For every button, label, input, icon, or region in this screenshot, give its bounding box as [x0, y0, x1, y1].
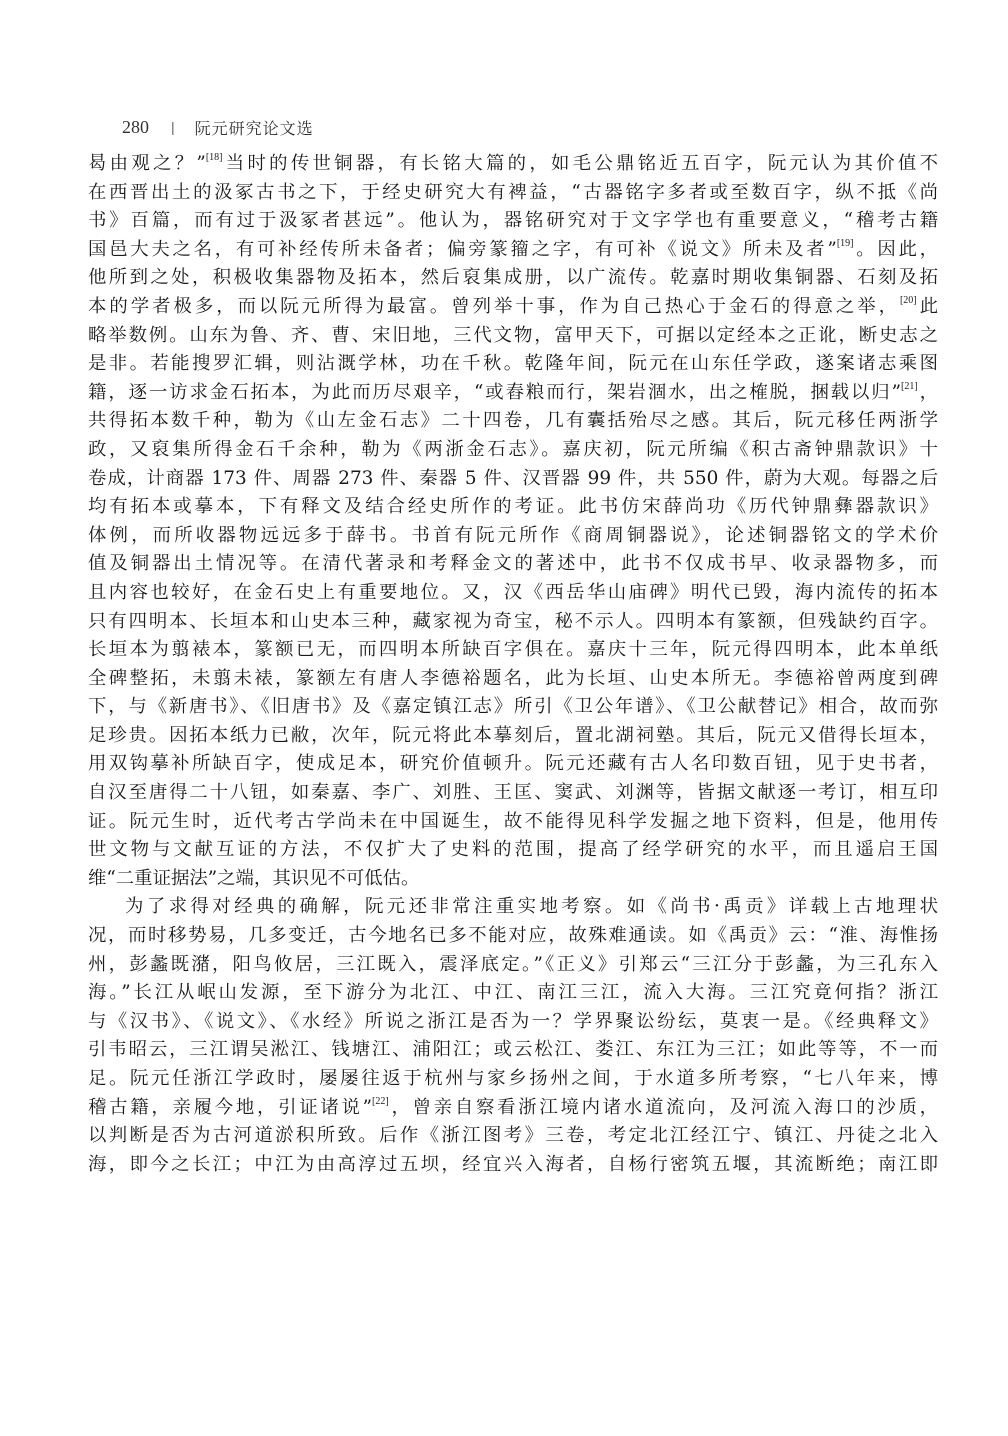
line-text: 以判断是否为古河道淤积所致。后作《浙江图考》三卷，考定北江经江宁、镇江、丹徒之北… — [88, 1125, 938, 1146]
line-text: 在西晋出土的汲冢古书之下，于经史研究大有裨益，“古器铭字多者或至数百字，纵不抵《… — [88, 182, 938, 203]
line-text: 州，彭蠡既潴，阳鸟攸居，三江既入，震泽底定。”《正义》引郑云“三江分于彭蠡，为三… — [88, 954, 938, 975]
line-text: 只有四明本、长垣本和山史本三种，藏家视为奇宝，秘不示人。四明本有篆额，但残缺约百… — [88, 611, 938, 632]
text-line: 且内容也较好，在金石史上有重要地位。又，汉《西岳华山庙碑》明代已毁，海内流传的拓… — [88, 579, 938, 608]
line-text: 与《汉书》、《说文》、《水经》所说之浙江是否为一？学界聚讼纷纭，莫衷一是。《经典… — [88, 1011, 938, 1032]
text-line: 体例，而所收器物远远多于薛书。书首有阮元所作《商周铜器说》，论述铜器铭文的学术价 — [88, 522, 938, 551]
text-line: 州，彭蠡既潴，阳鸟攸居，三江既入，震泽底定。”《正义》引郑云“三江分于彭蠡，为三… — [88, 951, 938, 980]
line-text: 世文物与文献互证的方法，不仅扩大了史料的范围，提高了经学研究的水平，而且遥启王国 — [88, 839, 938, 860]
text-line: 海，即今之长江；中江为由高淳过五坝，经宜兴入海者，自杨行密筑五堰，其流断绝；南江… — [88, 1151, 938, 1180]
text-line: 是非。若能搜罗汇辑，则沾溉学林，功在千秋。乾隆年间，阮元在山东任学政，遂案诸志乘… — [88, 350, 938, 379]
text-line: 证。阮元生时，近代考古学尚未在中国诞生，故不能得见科学发掘之地下资料，但是，他用… — [88, 808, 938, 837]
paragraph-start-line: 为了求得对经典的确解，阮元还非常注重实地考察。如《尚书·禹贡》详载上古地理状 — [88, 893, 938, 922]
line-text: 政，又裒集所得金石千余种，勒为《两浙金石志》。嘉庆初，阮元所编《积古斋钟鼎款识》… — [88, 439, 938, 460]
text-line: 卷成，计商器 173 件、周器 273 件、秦器 5 件、汉晋器 99 件，共 … — [88, 465, 938, 494]
running-header: 280 | 阮元研究论文选 — [122, 112, 314, 142]
line-text: 值及铜器出土情况等。在清代著录和考释金文的著述中，此书不仅成书早、收录器物多，而 — [88, 553, 938, 574]
line-text: 长垣本为翦裱本，篆额已无，而四明本所缺百字俱在。嘉庆十三年，阮元得四明本，此本单… — [88, 639, 938, 660]
line-text: 本的学者极多，而以阮元所得为最富。曾列举十事，作为自己热心于金石的得意之举， — [88, 296, 900, 317]
text-line: 国邑大夫之名，有可补经传所未备者；偏旁篆籀之字，有可补《说文》所未及者”[19]… — [88, 236, 938, 265]
line-text: 国邑大夫之名，有可补经传所未备者；偏旁篆籀之字，有可补《说文》所未及者” — [88, 239, 837, 260]
line-text: 曷由观之？” — [88, 153, 206, 174]
page-number: 280 — [122, 117, 149, 138]
line-text: 书》百篇，而有过于汲冢者甚远”。他认为，器铭研究对于文字学也有重要意义，“稽考古… — [88, 210, 938, 231]
text-line: 籍，逐一访求金石拓本，为此而历尽艰辛，“或舂粮而行，架岩涸水，出之榷脱，捆载以归… — [88, 379, 938, 408]
line-text: 自汉至唐得二十八钮，如秦嘉、李广、刘胜、王匡、窦武、刘渊等，皆据文献逐一考订，相… — [88, 782, 938, 803]
footnote-reference[interactable]: [22] — [372, 1096, 389, 1107]
text-line: 用双钩摹补所缺百字，使成足本，研究价值顿升。阮元还藏有古人名印数百钮，见于史书者… — [88, 750, 938, 779]
text-line: 维“二重证据法”之端，其识见不可低估。 — [88, 865, 938, 894]
line-text: 均有拓本或摹本，下有释文及结合经史所作的考证。此书仿宋薛尚功《历代钟鼎彝器款识》 — [88, 496, 938, 517]
text-line: 自汉至唐得二十八钮，如秦嘉、李广、刘胜、王匡、窦武、刘渊等，皆据文献逐一考订，相… — [88, 779, 938, 808]
line-text: 用双钩摹补所缺百字，使成足本，研究价值顿升。阮元还藏有古人名印数百钮，见于史书者… — [88, 753, 938, 774]
text-line: 长垣本为翦裱本，篆额已无，而四明本所缺百字俱在。嘉庆十三年，阮元得四明本，此本单… — [88, 636, 938, 665]
text-line: 共得拓本数千种，勒为《山左金石志》二十四卷，几有囊括殆尽之感。其后，阮元移任两浙… — [88, 407, 938, 436]
header-separator: | — [171, 119, 175, 135]
line-text: 卷成，计商器 173 件、周器 273 件、秦器 5 件、汉晋器 99 件，共 … — [88, 468, 938, 489]
text-line: 只有四明本、长垣本和山史本三种，藏家视为奇宝，秘不示人。四明本有篆额，但残缺约百… — [88, 608, 938, 637]
line-text: 共得拓本数千种，勒为《山左金石志》二十四卷，几有囊括殆尽之感。其后，阮元移任两浙… — [88, 410, 938, 431]
line-text: 证。阮元生时，近代考古学尚未在中国诞生，故不能得见科学发掘之地下资料，但是，他用… — [88, 811, 938, 832]
line-text: 全碑整拓，未翦未裱，篆额左有唐人李德裕题名，此为长垣、山史本所无。李德裕曾两度到… — [88, 668, 938, 689]
text-line: 在西晋出土的汲冢古书之下，于经史研究大有裨益，“古器铭字多者或至数百字，纵不抵《… — [88, 179, 938, 208]
text-line: 书》百篇，而有过于汲冢者甚远”。他认为，器铭研究对于文字学也有重要意义，“稽考古… — [88, 207, 938, 236]
text-line: 下，与《新唐书》、《旧唐书》及《嘉定镇江志》所引《卫公年谱》、《卫公献替记》相合… — [88, 693, 938, 722]
line-text: 维“二重证据法”之端，其识见不可低估。 — [88, 868, 419, 889]
text-line: 况，而时移势易，几多变迁，古今地名已多不能对应，故殊难通读。如《禹贡》云：“淮、… — [88, 922, 938, 951]
line-text: 且内容也较好，在金石史上有重要地位。又，汉《西岳华山庙碑》明代已毁，海内流传的拓… — [88, 582, 938, 603]
body-text: 曷由观之？”[18]当时的传世铜器，有长铭大篇的，如毛公鼎铭近五百字，阮元认为其… — [88, 150, 938, 1179]
line-text: 体例，而所收器物远远多于薛书。书首有阮元所作《商周铜器说》，论述铜器铭文的学术价 — [88, 525, 938, 546]
line-text: 为了求得对经典的确解，阮元还非常注重实地考察。如《尚书·禹贡》详载上古地理状 — [125, 896, 938, 917]
text-line: 与《汉书》、《说文》、《水经》所说之浙江是否为一？学界聚讼纷纭，莫衷一是。《经典… — [88, 1008, 938, 1037]
footnote-reference[interactable]: [18] — [206, 152, 223, 163]
line-text: 稽古籍，亲履今地，引证诸说” — [88, 1097, 372, 1118]
text-line: 政，又裒集所得金石千余种，勒为《两浙金石志》。嘉庆初，阮元所编《积古斋钟鼎款识》… — [88, 436, 938, 465]
line-text-continued: 当时的传世铜器，有长铭大篇的，如毛公鼎铭近五百字，阮元认为其价值不 — [222, 153, 938, 174]
line-text: 海。”长江从岷山发源，至下游分为北江、中江、南江三江，流入大海。三江究竟何指？浙… — [88, 982, 938, 1003]
line-text: 足。阮元任浙江学政时，屡屡往返于杭州与家乡扬州之间，于水道多所考察，“七八年来，… — [88, 1068, 938, 1089]
line-text-continued: 此 — [917, 296, 938, 317]
text-line: 足珍贵。因拓本纸力已敝，次年，阮元将此本摹刻后，置北湖祠塾。其后，阮元又借得长垣… — [88, 722, 938, 751]
line-text-continued: 。因此， — [853, 239, 938, 260]
text-line: 值及铜器出土情况等。在清代著录和考释金文的著述中，此书不仅成书早、收录器物多，而 — [88, 550, 938, 579]
text-line: 均有拓本或摹本，下有释文及结合经史所作的考证。此书仿宋薛尚功《历代钟鼎彝器款识》 — [88, 493, 938, 522]
line-text: 足珍贵。因拓本纸力已敝，次年，阮元将此本摹刻后，置北湖祠塾。其后，阮元又借得长垣… — [88, 725, 938, 746]
text-line: 他所到之处，积极收集器物及拓本，然后裒集成册，以广流传。乾嘉时期收集铜器、石刻及… — [88, 264, 938, 293]
line-text-continued: ， — [918, 382, 938, 403]
line-text: 略举数例。山东为鲁、齐、曹、宋旧地，三代文物，富甲天下，可据以定经本之正讹，断史… — [88, 325, 938, 346]
line-text: 籍，逐一访求金石拓本，为此而历尽艰辛，“或舂粮而行，架岩涸水，出之榷脱，捆载以归… — [88, 382, 901, 403]
line-text: 海，即今之长江；中江为由高淳过五坝，经宜兴入海者，自杨行密筑五堰，其流断绝；南江… — [88, 1154, 938, 1175]
line-text: 下，与《新唐书》、《旧唐书》及《嘉定镇江志》所引《卫公年谱》、《卫公献替记》相合… — [88, 696, 938, 717]
text-line: 以判断是否为古河道淤积所致。后作《浙江图考》三卷，考定北江经江宁、镇江、丹徒之北… — [88, 1122, 938, 1151]
line-text: 引韦昭云，三江谓吴淞江、钱塘江、浦阳江；或云松江、娄江、东江为三江；如此等等，不… — [88, 1039, 938, 1060]
line-text: 他所到之处，积极收集器物及拓本，然后裒集成册，以广流传。乾嘉时期收集铜器、石刻及… — [88, 267, 938, 288]
book-title: 阮元研究论文选 — [195, 116, 314, 139]
text-line: 曷由观之？”[18]当时的传世铜器，有长铭大篇的，如毛公鼎铭近五百字，阮元认为其… — [88, 150, 938, 179]
line-text: 况，而时移势易，几多变迁，古今地名已多不能对应，故殊难通读。如《禹贡》云：“淮、… — [88, 925, 938, 946]
text-line: 世文物与文献互证的方法，不仅扩大了史料的范围，提高了经学研究的水平，而且遥启王国 — [88, 836, 938, 865]
text-line: 引韦昭云，三江谓吴淞江、钱塘江、浦阳江；或云松江、娄江、东江为三江；如此等等，不… — [88, 1036, 938, 1065]
text-line: 足。阮元任浙江学政时，屡屡往返于杭州与家乡扬州之间，于水道多所考察，“七八年来，… — [88, 1065, 938, 1094]
footnote-reference[interactable]: [19] — [837, 238, 854, 249]
text-line: 略举数例。山东为鲁、齐、曹、宋旧地，三代文物，富甲天下，可据以定经本之正讹，断史… — [88, 322, 938, 351]
footnote-reference[interactable]: [21] — [901, 381, 918, 392]
text-line: 海。”长江从岷山发源，至下游分为北江、中江、南江三江，流入大海。三江究竟何指？浙… — [88, 979, 938, 1008]
text-line: 稽古籍，亲履今地，引证诸说”[22]，曾亲自察看浙江境内诸水道流向，及河流入海口… — [88, 1094, 938, 1123]
text-line: 本的学者极多，而以阮元所得为最富。曾列举十事，作为自己热心于金石的得意之举，[2… — [88, 293, 938, 322]
line-text-continued: ，曾亲自察看浙江境内诸水道流向，及河流入海口的沙质， — [389, 1097, 938, 1118]
footnote-reference[interactable]: [20] — [900, 295, 917, 306]
line-text: 是非。若能搜罗汇辑，则沾溉学林，功在千秋。乾隆年间，阮元在山东任学政，遂案诸志乘… — [88, 353, 938, 374]
text-line: 全碑整拓，未翦未裱，篆额左有唐人李德裕题名，此为长垣、山史本所无。李德裕曾两度到… — [88, 665, 938, 694]
